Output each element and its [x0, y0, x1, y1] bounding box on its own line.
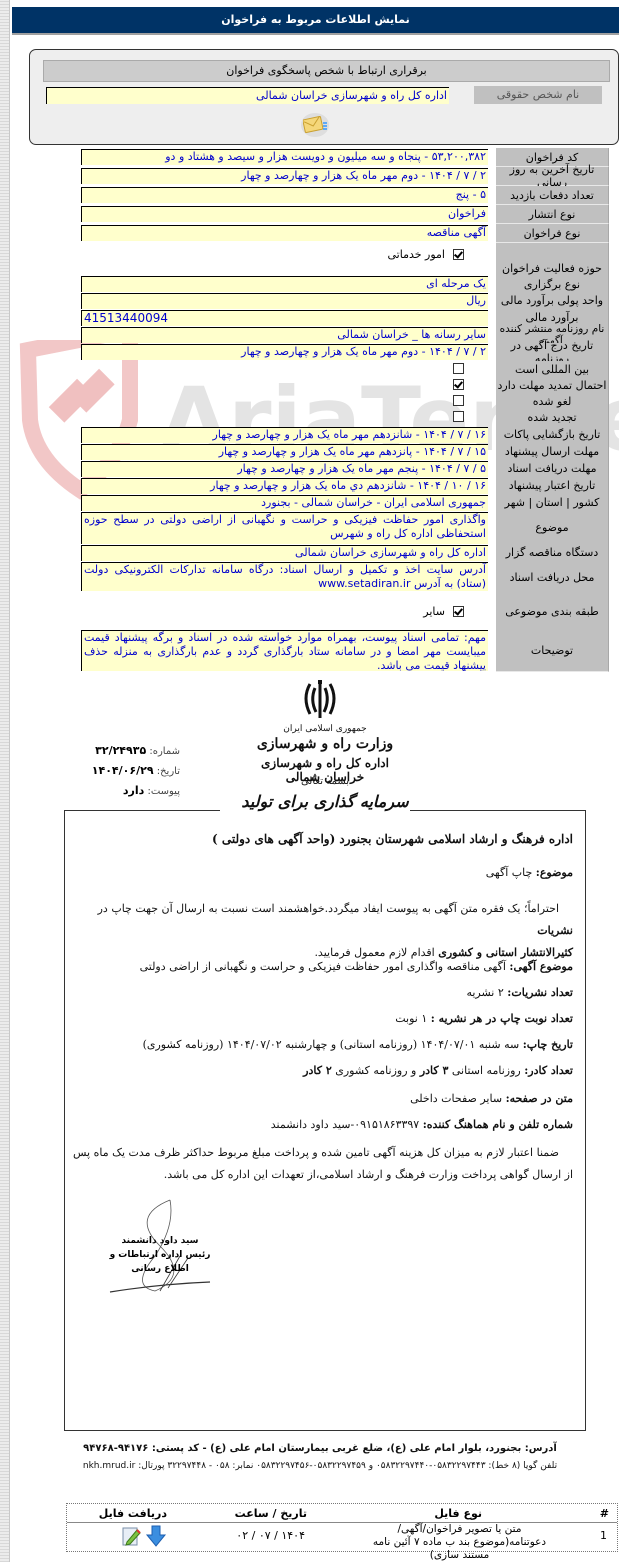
letter-address: آدرس: بجنورد، بلوار امام علی (ع)، ضلع غر… — [40, 1443, 600, 1454]
renewed-checkbox[interactable] — [453, 411, 464, 422]
letter-body-1: احتراماً؛ یک فقره متن آگهی به پیوست ایفا… — [73, 898, 573, 964]
letter-recipient: اداره فرهنگ و ارشاد اسلامی شهرستان بجنور… — [73, 828, 573, 850]
row-docs-deadline: مهلت دریافت اسناد ۵ / ۷ / ۱۴۰۴ - پنجم مه… — [0, 460, 619, 477]
files-table: # نوع فایل تاریخ / ساعت دریافت فایل 1 مت… — [66, 1503, 618, 1552]
legal-entity-label: نام شخص حقوقی — [474, 86, 602, 104]
letter-ministry: وزارت راه و شهرسازی — [240, 736, 410, 752]
label-submit-deadline: مهلت ارسال پیشنهاد — [496, 443, 609, 461]
label-visits: تعداد دفعات بازدید — [496, 186, 609, 205]
letter-phones: تلفن گویا (۸ خط): ۰۵۸۳۲۲۹۷۴۴۳-۰۵۸۳۲۲۹۷۴۴… — [40, 1461, 600, 1471]
international-checkbox[interactable] — [453, 363, 464, 374]
label-publish-type: نوع انتشار — [496, 205, 609, 224]
value-publish-type: فراخوان — [81, 206, 488, 222]
page-title: نمایش اطلاعات مربوط به فراخوان — [12, 7, 619, 35]
letter-pubs: تعداد نشریات: ۲ نشریه — [73, 982, 573, 1004]
letter-subject: موضوع: چاپ آگهی — [73, 862, 573, 884]
label-location: کشور | استان | شهر — [496, 494, 609, 512]
value-code: ۵۳,۲۰۰,۳۸۲ - پنجاه و سه میلیون و دویست ه… — [81, 149, 488, 165]
iran-emblem-icon — [300, 678, 340, 724]
label-docs-deadline: مهلت دریافت اسناد — [496, 460, 609, 478]
row-docs-place: محل دریافت اسناد آدرس سایت اخذ و تکمیل و… — [0, 561, 619, 594]
letter-date: تاریخ: ۱۴۰۴/۰۶/۲۹ — [70, 764, 180, 777]
value-location: جمهوری اسلامی ایران - خراسان شمالی - بجن… — [81, 495, 488, 511]
value-validity-date: ۱۶ / ۱۰ / ۱۴۰۴ - شانزدهم دي ماه یک هزار … — [81, 478, 488, 494]
row-international: بین المللی است — [0, 361, 619, 377]
row-holding-type: نوع برگزاری یک مرحله ای — [0, 275, 619, 293]
file-actions — [115, 1525, 167, 1547]
letter-page: متن در صفحه: سایر صفحات داخلی — [73, 1088, 573, 1110]
row-last-update: تاریخ آخرین به روز رسانی ۲ / ۷ / ۱۴۰۴ - … — [0, 167, 619, 185]
value-docs-place[interactable]: آدرس سایت اخذ و تکمیل و ارسال اسناد: درگ… — [81, 562, 488, 591]
activity-option-label: امور خدماتی — [388, 248, 446, 261]
row-opening-date: تاریخ بازگشایی پاکات ۱۶ / ۷ / ۱۴۰۴ - شان… — [0, 426, 619, 443]
download-arrow-icon[interactable] — [145, 1525, 167, 1547]
row-subject: موضوع واگذاری امور حفاظت فیزیکی و حراست … — [0, 511, 619, 544]
label-international: بین المللی است — [496, 361, 609, 378]
letter-body-3: ضمنا اعتبار لازم به میزان کل هزینه آگهی … — [73, 1142, 573, 1186]
file-row: 1 متن یا تصویر فراخوان/آگهی/دعوتنامه(موض… — [67, 1522, 617, 1550]
category-checkbox[interactable] — [453, 606, 464, 617]
row-visits: تعداد دفعات بازدید ۵ - پنج — [0, 186, 619, 204]
label-newspaper-date: تاریخ درج آگهی در روزنامه — [496, 343, 609, 362]
label-organizer: دستگاه مناقصه گزار — [496, 544, 609, 562]
row-submit-deadline: مهلت ارسال پیشنهاد ۱۵ / ۷ / ۱۴۰۴ - پانزد… — [0, 443, 619, 460]
category-option[interactable]: سایر — [423, 605, 464, 618]
cancelled-checkbox[interactable] — [453, 395, 464, 406]
row-organizer: دستگاه مناقصه گزار اداره کل راه و شهرساز… — [0, 544, 619, 561]
letter-basmala: بسمه تعالی — [240, 776, 410, 787]
label-extension: احتمال تمدید مهلت دارد — [496, 377, 609, 394]
value-last-update: ۲ / ۷ / ۱۴۰۴ - دوم مهر ماه یک هزار و چها… — [81, 168, 488, 184]
row-call-type: نوع فراخوان آگهی مناقصه — [0, 224, 619, 242]
row-validity-date: تاریخ اعتبار پیشنهاد ۱۶ / ۱۰ / ۱۴۰۴ - شا… — [0, 477, 619, 494]
row-cancelled: لغو شده — [0, 393, 619, 409]
letter-print-date: تاریخ چاپ: سه شنبه ۱۴۰۴/۰۷/۰۱ (روزنامه ا… — [73, 1034, 573, 1056]
value-newspaper: سایر رسانه ها _ خراسان شمالی — [81, 327, 488, 343]
row-category: طبقه بندی موضوعی سایر — [0, 594, 619, 629]
activity-option[interactable]: امور خدماتی — [388, 248, 465, 261]
label-notes: توضیحات — [496, 629, 609, 672]
letter-times: تعداد نوبت چاپ در هر نشریه : ۱ نوبت — [73, 1008, 573, 1030]
label-docs-place: محل دریافت اسناد — [496, 561, 609, 595]
letter-coordinator: شماره تلفن و نام هماهنگ کننده: ۰۹۱۵۱۸۶۳۳… — [73, 1114, 573, 1136]
letter-slogan: سرمایه گذاری برای تولید — [240, 792, 410, 811]
files-header: # نوع فایل تاریخ / ساعت دریافت فایل — [67, 1507, 617, 1523]
label-subject: موضوع — [496, 511, 609, 545]
letter-attachment: پیوست: دارد — [70, 784, 180, 797]
edit-file-icon[interactable] — [121, 1525, 143, 1547]
value-estimate: 41513440094 — [81, 310, 488, 326]
label-opening-date: تاریخ بازگشایی پاکات — [496, 426, 609, 444]
row-extension: احتمال تمدید مهلت دارد — [0, 377, 619, 393]
legal-entity-value: اداره کل راه و شهرسازی خراسان شمالی — [46, 87, 449, 104]
value-visits: ۵ - پنج — [81, 187, 488, 203]
value-notes: مهم: تمامی اسناد پیوست، بهمراه موارد خوا… — [81, 630, 488, 671]
row-currency: واحد پولی برآورد مالی ریال — [0, 292, 619, 309]
value-subject: واگذاری امور حفاظت فیزیکی و حراست و نگهب… — [81, 512, 488, 544]
value-currency: ریال — [81, 293, 488, 309]
letter-frames: تعداد کادر: روزنامه استانی ۳ کادر و روزن… — [73, 1060, 573, 1082]
signer-block: سید داود دانشمند رئیس اداره ارتباطات و ا… — [100, 1234, 220, 1276]
letter-ad-subject: موضوع آگهی: آگهی مناقصه واگذاری امور حفا… — [73, 956, 573, 978]
value-submit-deadline: ۱۵ / ۷ / ۱۴۰۴ - پانزدهم مهر ماه یک هزار … — [81, 444, 488, 460]
label-cancelled: لغو شده — [496, 393, 609, 410]
row-newspaper-date: تاریخ درج آگهی در روزنامه ۲ / ۷ / ۱۴۰۴ -… — [0, 343, 619, 361]
label-last-update: تاریخ آخرین به روز رسانی — [496, 167, 609, 186]
label-renewed: تجدید شده — [496, 409, 609, 427]
extension-checkbox[interactable] — [453, 379, 464, 390]
contact-header: برقراری ارتباط با شخص پاسخگوی فراخوان — [43, 60, 610, 82]
letter-republic: جمهوری اسلامی ایران — [240, 724, 410, 734]
value-call-type: آگهی مناقصه — [81, 225, 488, 241]
row-renewed: تجدید شده — [0, 409, 619, 426]
label-call-type: نوع فراخوان — [496, 224, 609, 243]
row-location: کشور | استان | شهر جمهوری اسلامی ایران -… — [0, 494, 619, 511]
label-category: طبقه بندی موضوعی — [496, 594, 609, 630]
value-holding-type: یک مرحله ای — [81, 276, 488, 292]
contact-panel: برقراری ارتباط با شخص پاسخگوی فراخوان نا… — [29, 49, 619, 145]
label-validity-date: تاریخ اعتبار پیشنهاد — [496, 477, 609, 495]
row-publish-type: نوع انتشار فراخوان — [0, 205, 619, 223]
label-currency: واحد پولی برآورد مالی — [496, 292, 609, 310]
value-organizer: اداره کل راه و شهرسازی خراسان شمالی — [81, 545, 488, 561]
category-option-label: سایر — [423, 605, 445, 618]
value-newspaper-date: ۲ / ۷ / ۱۴۰۴ - دوم مهر ماه یک هزار و چها… — [81, 344, 488, 360]
value-docs-deadline: ۵ / ۷ / ۱۴۰۴ - پنجم مهر ماه یک هزار و چه… — [81, 461, 488, 477]
activity-checkbox[interactable] — [453, 249, 464, 260]
row-notes: توضیحات مهم: تمامی اسناد پیوست، بهمراه م… — [0, 629, 619, 671]
letter-number: شماره: ۳۲/۲۴۹۳۵ — [70, 744, 180, 757]
mail-icon[interactable] — [301, 113, 329, 137]
value-opening-date: ۱۶ / ۷ / ۱۴۰۴ - شانزدهم مهر ماه یک هزار … — [81, 427, 488, 443]
